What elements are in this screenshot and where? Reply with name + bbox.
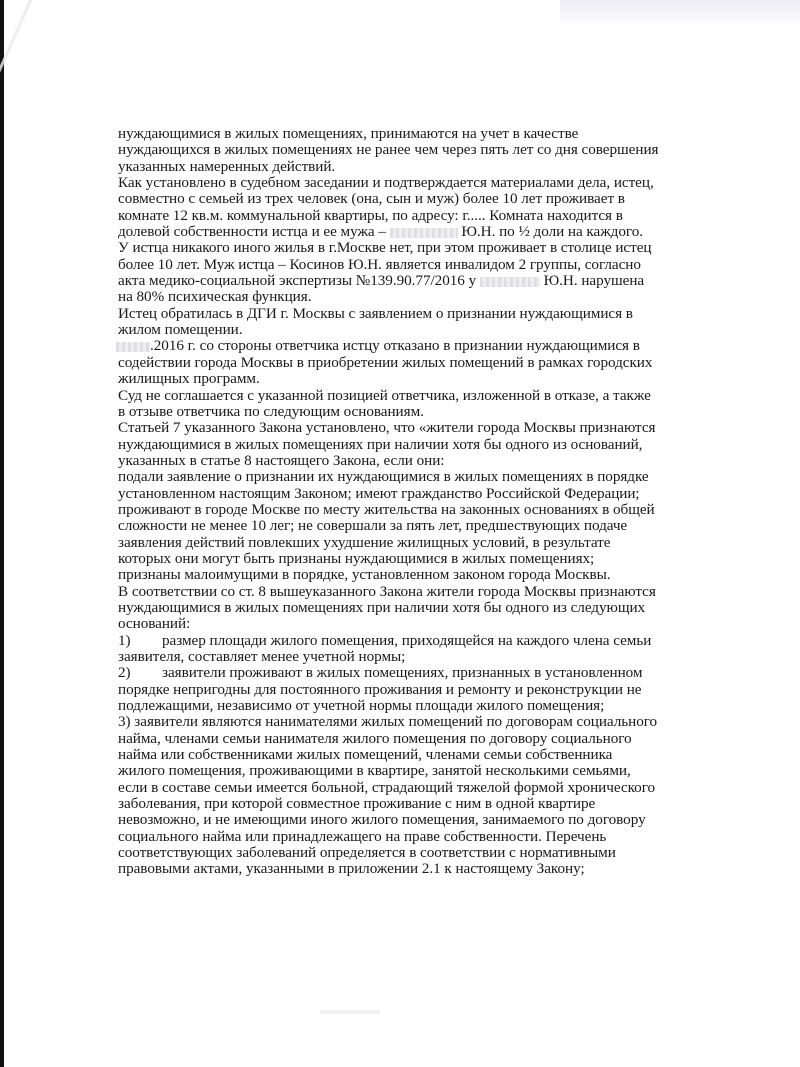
text-line: подали заявление о признании их нуждающи…: [118, 469, 708, 485]
text-line: заявления действий повлекших ухудшение ж…: [118, 535, 708, 551]
text-line: в отзыве ответчика по следующим основани…: [118, 404, 708, 420]
text-line: нуждающимися в жилых помещениях, принима…: [118, 126, 708, 142]
text-line: нуждающихся в жилых помещениях не ранее …: [118, 142, 708, 158]
text-line: жилом помещении.: [118, 322, 708, 338]
scan-edge: [0, 0, 4, 1067]
scan-artifact-tint: [560, 0, 800, 28]
text-line: У истца никакого иного жилья в г.Москве …: [118, 240, 708, 256]
list-item-2: 2)заявители проживают в жилых помещениях…: [118, 665, 708, 681]
text-line: оснований:: [118, 616, 708, 632]
text-line-ownership: долевой собственности истца и ее мужа – …: [118, 224, 708, 240]
text-line: Статьей 7 указанного Закона установлено,…: [118, 420, 708, 436]
document-body: нуждающимися в жилых помещениях, принима…: [118, 126, 708, 878]
text-fragment: Ю.Н. по ½ доли на каждого.: [458, 223, 643, 240]
text-line: установленном настоящим Законом; имеют г…: [118, 486, 708, 502]
text-line: Истец обратилась в ДГИ г. Москвы с заявл…: [118, 306, 708, 322]
text-line: сложности не менее 10 лег; не совершали …: [118, 518, 708, 534]
text-line: найма или собственниками жилых помещений…: [118, 747, 708, 763]
text-line: на 80% психическая функция.: [118, 289, 708, 305]
text-line: порядке непригодны для постоянного прожи…: [118, 682, 708, 698]
text-line: жилого помещения, проживающими в квартир…: [118, 763, 708, 779]
text-line: нуждающимися в жилых помещениях при нали…: [118, 437, 708, 453]
redacted-surname: [390, 228, 458, 238]
scan-artifact-mark: [320, 1010, 380, 1014]
text-line: найма, членами семьи нанимателя жилого п…: [118, 731, 708, 747]
text-line-akt: акта медико-социальной экспертизы №139.9…: [118, 273, 708, 289]
list-text: заявители проживают в жилых помещениях, …: [162, 664, 642, 681]
text-line: правовыми актами, указанными в приложени…: [118, 861, 708, 877]
redacted-date: [116, 342, 150, 352]
text-line: 3) заявители являются нанимателями жилых…: [118, 714, 708, 730]
text-line: соответствующих заболеваний определяется…: [118, 845, 708, 861]
text-line: Суд не соглашается с указанной позицией …: [118, 388, 708, 404]
text-line: В соответствии со ст. 8 вышеуказанного З…: [118, 584, 708, 600]
text-fragment: Ю.Н. нарушена: [540, 272, 644, 289]
text-fragment: .2016 г. со стороны ответчика истцу отка…: [150, 337, 640, 354]
text-line-date: .2016 г. со стороны ответчика истцу отка…: [118, 338, 708, 354]
text-line: которых они могут быть признаны нуждающи…: [118, 551, 708, 567]
text-line: заболевания, при которой совместное прож…: [118, 796, 708, 812]
text-line: невозможно, и не имеющими иного жилого п…: [118, 812, 708, 828]
text-line: указанных в статье 8 настоящего Закона, …: [118, 453, 708, 469]
text-line: заявителя, составляет менее учетной норм…: [118, 649, 708, 665]
redacted-surname: [480, 277, 540, 287]
text-line: подлежащими, независимо от учетной нормы…: [118, 698, 708, 714]
scan-artifact-streak: [0, 0, 41, 146]
text-fragment: долевой собственности истца и ее мужа –: [118, 223, 390, 240]
text-line: проживают в городе Москве по месту жител…: [118, 502, 708, 518]
text-line: Как установлено в судебном заседании и п…: [118, 175, 708, 191]
list-number: 1): [118, 633, 162, 649]
text-line: комнате 12 кв.м. коммунальной квартиры, …: [118, 208, 708, 224]
text-line: социального найма или принадлежащего на …: [118, 829, 708, 845]
text-line: жилищных программ.: [118, 371, 708, 387]
text-fragment: акта медико-социальной экспертизы №139.9…: [118, 272, 480, 289]
list-number: 2): [118, 665, 162, 681]
text-line: содействии города Москвы в приобретении …: [118, 355, 708, 371]
text-line: совместно с семьей из трех человек (она,…: [118, 191, 708, 207]
text-line: признаны малоимущими в порядке, установл…: [118, 567, 708, 583]
text-line: нуждающимися в жилых помещениях при нали…: [118, 600, 708, 616]
list-item-1: 1)размер площади жилого помещения, прихо…: [118, 633, 708, 649]
text-line: указанных намеренных действий.: [118, 159, 708, 175]
text-line: более 10 лет. Муж истца – Косинов Ю.Н. я…: [118, 257, 708, 273]
text-line: если в составе семьи имеется больной, ст…: [118, 780, 708, 796]
list-text: размер площади жилого помещения, приходя…: [162, 632, 651, 649]
